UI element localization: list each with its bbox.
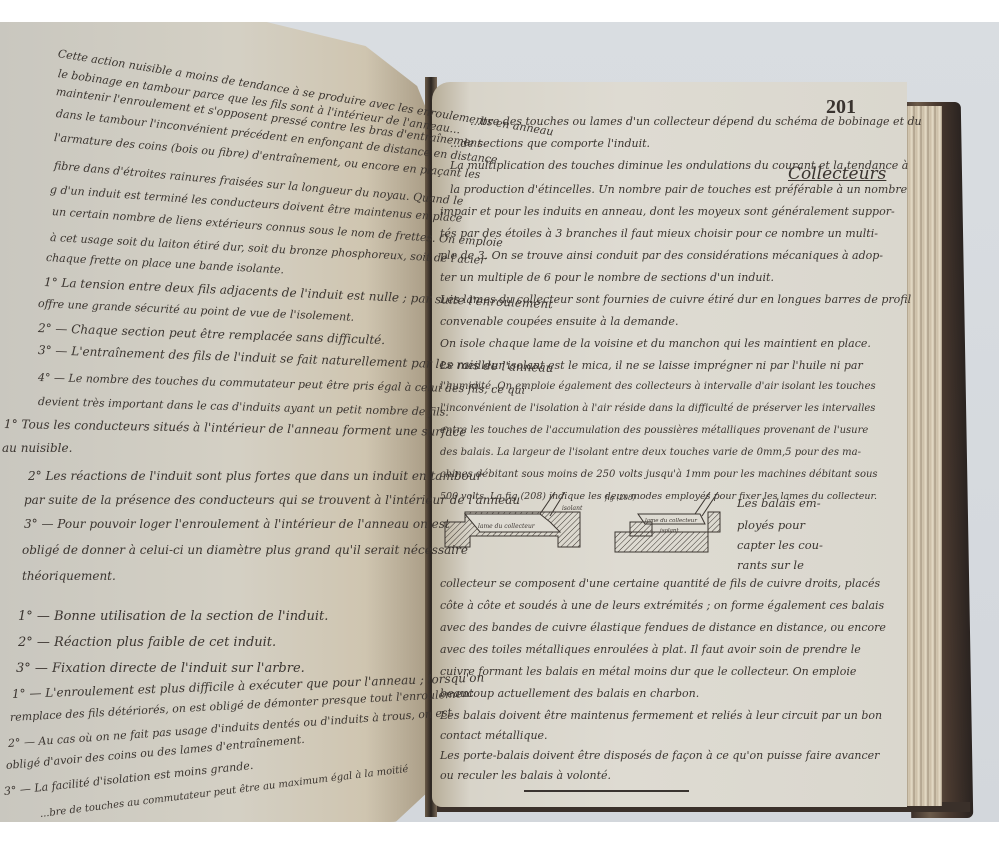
text-line: beaucoup actuellement des balais en char… (440, 688, 699, 699)
text-line: 2° — Réaction plus faible de cet induit. (18, 636, 276, 649)
text-line: 3° — Pour pouvoir loger l'enroulement à … (24, 518, 450, 530)
side-text-line: capter les cou- (737, 538, 827, 552)
side-text-line: ployés pour (737, 518, 827, 532)
text-line: tés par des étoiles à 3 branches il faut… (440, 228, 878, 239)
top-border (0, 0, 999, 22)
text-line: côte à côte et soudés à une de leurs ext… (440, 600, 884, 611)
page-stack-edge (902, 106, 942, 806)
text-line: ...de sections que comporte l'induit. (450, 138, 650, 149)
text-line: la production d'étincelles. Un nombre pa… (450, 184, 907, 195)
text-line: entre les touches de l'accumulation des … (440, 426, 868, 436)
text-line: théoriquement. (22, 570, 116, 582)
text-line: l'inconvénient de l'isolation à l'air ré… (440, 404, 875, 414)
bottom-border (0, 822, 999, 849)
text-line: Les lames du collecteur sont fournies de… (440, 294, 911, 305)
text-line: collecteur se composent d'une certaine q… (440, 578, 880, 589)
text-line: 3° — Fixation directe de l'induit sur l'… (16, 662, 305, 675)
text-line: La multiplication des touches diminue le… (450, 160, 908, 171)
svg-text:isolant: isolant (660, 528, 679, 534)
text-line: des balais. La largeur de l'isolant entr… (440, 448, 861, 458)
svg-text:isolant: isolant (562, 505, 583, 512)
text-line: ...bre des touches ou lames d'un collect… (470, 116, 922, 127)
text-line: ple de 3. On se trouve ainsi conduit par… (440, 250, 883, 261)
text-line: convenable coupées ensuite à la demande. (440, 316, 678, 327)
text-line: cuivre formant les balais en métal moins… (440, 666, 856, 677)
text-line: ter un multiple de 6 pour le nombre de s… (440, 272, 774, 283)
text-line: l'humidité. On emploie également des col… (440, 382, 876, 392)
text-line: avec des toiles métalliques enroulées à … (440, 644, 861, 655)
text-line: Les balais doivent être maintenus fermem… (440, 710, 882, 721)
commutator-cross-section-diagram: lame du collecteur isolant fig (208) lam… (440, 492, 740, 562)
svg-text:lame du collecteur: lame du collecteur (478, 523, 536, 530)
text-line: 1° — Bonne utilisation de la section de … (18, 610, 328, 623)
text-line: obligé de donner à celui-ci un diamètre … (22, 544, 468, 556)
text-line: 2° Les réactions de l'induit sont plus f… (28, 470, 482, 482)
text-line: contact métallique. (440, 730, 548, 741)
text-line: avec des bandes de cuivre élastique fend… (440, 622, 886, 633)
text-line: Le meilleur isolant est le mica, il ne s… (440, 360, 863, 371)
text-line: chines débitant sous moins de 250 volts … (440, 470, 878, 480)
svg-text:lame du collecteur: lame du collecteur (645, 518, 697, 524)
side-text-line: Les balais em- (737, 496, 827, 510)
side-text-line: rants sur le (737, 558, 827, 572)
end-of-section-rule (524, 790, 689, 792)
svg-text:fig (208): fig (208) (604, 494, 635, 502)
figure-208: lame du collecteur isolant fig (208) lam… (440, 492, 740, 562)
text-line: Les porte-balais doivent être disposés d… (440, 750, 879, 761)
text-line: ou reculer les balais à volonté. (440, 770, 611, 781)
text-line: au nuisible. (2, 442, 72, 454)
text-line: impair et pour les induits en anneau, do… (440, 206, 895, 217)
text-line: On isole chaque lame de la voisine et du… (440, 338, 871, 349)
